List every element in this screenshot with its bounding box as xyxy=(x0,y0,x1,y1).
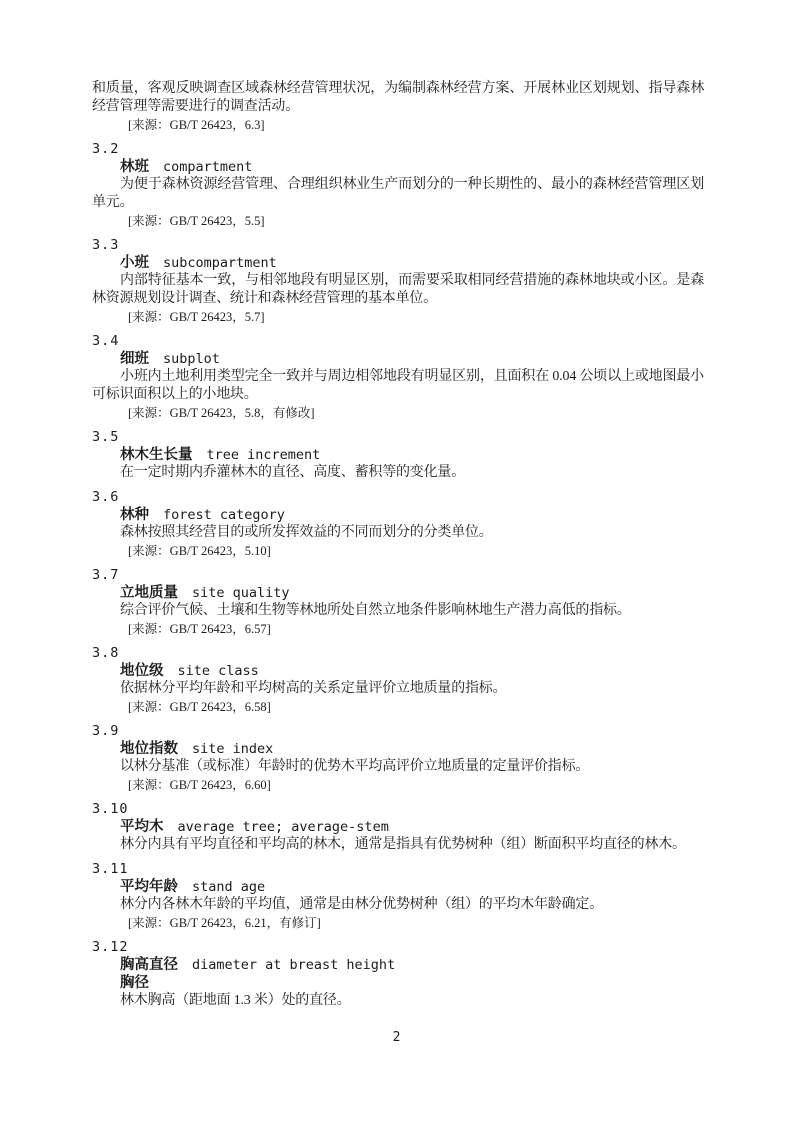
term-definition: 综合评价气候、土壤和生物等林地所处自然立地条件影响林地生产潜力高低的指标。 xyxy=(92,602,704,620)
page-body: 和质量，客观反映调查区域森林经营管理状况，为编制森林经营方案、开展林业区划规划、… xyxy=(92,80,704,1010)
term-definition: 为便于森林资源经营管理、合理组织林业生产而划分的一种长期性的、最小的森林经营管理… xyxy=(92,176,704,212)
term-definition: 内部特征基本一致，与相邻地段有明显区别，而需要采取相同经营措施的森林地块或小区。… xyxy=(92,272,704,308)
term-name-chinese: 胸高直径 xyxy=(120,957,178,973)
source-citation-text: [来源：GB/T 26423，5.10] xyxy=(128,544,271,558)
term-name-english: subplot xyxy=(163,351,220,367)
section-number: 3.12 xyxy=(92,938,704,956)
section-number: 3.10 xyxy=(92,800,704,818)
source-citation: [来源：GB/T 26423，6.3] xyxy=(92,116,704,134)
term-name-chinese: 平均年龄 xyxy=(120,879,178,895)
continued-paragraph-block: 和质量，客观反映调查区域森林经营管理状况，为编制森林经营方案、开展林业区划规划、… xyxy=(92,80,704,134)
source-citation-text: [来源：GB/T 26423，6.21，有修订] xyxy=(128,916,321,930)
section-number: 3.5 xyxy=(92,428,704,446)
term-name-english: compartment xyxy=(163,159,252,175)
term-section: 3.5 林木生长量tree increment 在一定时期内乔灌林木的直径、高度… xyxy=(92,428,704,482)
term-name-chinese: 立地质量 xyxy=(120,585,178,601)
term-section: 3.12 胸高直径diameter at breast height 胸径 林木… xyxy=(92,938,704,1010)
term-line: 林木生长量tree increment xyxy=(92,446,704,464)
term-name-english: tree increment xyxy=(207,447,321,463)
term-synonym-chinese: 胸径 xyxy=(120,975,149,991)
term-name-chinese: 林班 xyxy=(120,159,149,175)
section-number: 3.7 xyxy=(92,566,704,584)
term-definition: 林木胸高（距地面 1.3 米）处的直径。 xyxy=(92,992,704,1010)
term-definition: 林分内各林木年龄的平均值，通常是由林分优势树种（组）的平均木年龄确定。 xyxy=(92,896,704,914)
source-citation-text: [来源：GB/T 26423，5.5] xyxy=(128,214,265,228)
page-number: 2 xyxy=(0,1030,793,1045)
term-definition: 以林分基准（或标准）年龄时的优势木平均高评价立地质量的定量评价指标。 xyxy=(92,758,704,776)
term-definition: 小班内土地利用类型完全一致并与周边相邻地段有明显区别，且面积在 0.04 公顷以… xyxy=(92,368,704,404)
term-section: 3.9 地位指数site index 以林分基准（或标准）年龄时的优势木平均高评… xyxy=(92,722,704,794)
term-line: 小班subcompartment xyxy=(92,254,704,272)
term-line: 林种forest category xyxy=(92,506,704,524)
term-name-english: stand age xyxy=(192,879,265,895)
term-section: 3.4 细班subplot 小班内土地利用类型完全一致并与周边相邻地段有明显区别… xyxy=(92,332,704,422)
term-name-english: site class xyxy=(178,663,259,679)
term-name-english: site index xyxy=(192,741,273,757)
term-name-english: site quality xyxy=(192,585,290,601)
source-citation: [来源：GB/T 26423，5.8，有修改] xyxy=(92,404,704,422)
term-section: 3.6 林种forest category 森林按照其经营目的或所发挥效益的不同… xyxy=(92,488,704,560)
source-citation-text: [来源：GB/T 26423，6.57] xyxy=(128,622,271,636)
term-section: 3.3 小班subcompartment 内部特征基本一致，与相邻地段有明显区别… xyxy=(92,236,704,326)
source-citation: [来源：GB/T 26423，6.57] xyxy=(92,620,704,638)
source-citation: [来源：GB/T 26423，6.21，有修订] xyxy=(92,914,704,932)
source-citation-text: [来源：GB/T 26423，5.7] xyxy=(128,310,265,324)
term-line: 细班subplot xyxy=(92,350,704,368)
term-section: 3.10 平均木average tree; average-stem 林分内具有… xyxy=(92,800,704,854)
term-line: 平均年龄stand age xyxy=(92,878,704,896)
term-line: 地位级site class xyxy=(92,662,704,680)
source-citation: [来源：GB/T 26423，6.58] xyxy=(92,698,704,716)
term-name-english: subcompartment xyxy=(163,255,277,271)
term-name-chinese: 平均木 xyxy=(120,819,164,835)
term-line: 胸高直径diameter at breast height xyxy=(92,956,704,974)
term-definition: 森林按照其经营目的或所发挥效益的不同而划分的分类单位。 xyxy=(92,524,704,542)
term-name-chinese: 小班 xyxy=(120,255,149,271)
term-line: 林班compartment xyxy=(92,158,704,176)
term-name-chinese: 林种 xyxy=(120,507,149,523)
document-page: 和质量，客观反映调查区域森林经营管理状况，为编制森林经营方案、开展林业区划规划、… xyxy=(0,0,793,1121)
section-number: 3.4 xyxy=(92,332,704,350)
continued-paragraph: 和质量，客观反映调查区域森林经营管理状况，为编制森林经营方案、开展林业区划规划、… xyxy=(92,80,704,116)
source-citation: [来源：GB/T 26423，6.60] xyxy=(92,776,704,794)
section-number: 3.2 xyxy=(92,140,704,158)
term-section: 3.7 立地质量site quality 综合评价气候、土壤和生物等林地所处自然… xyxy=(92,566,704,638)
terms-list: 3.2 林班compartment 为便于森林资源经营管理、合理组织林业生产而划… xyxy=(92,140,704,1010)
term-name-english: diameter at breast height xyxy=(192,957,395,973)
source-citation-text: [来源：GB/T 26423，6.58] xyxy=(128,700,271,714)
section-number: 3.3 xyxy=(92,236,704,254)
term-name-chinese: 林木生长量 xyxy=(120,447,193,463)
term-definition: 林分内具有平均直径和平均高的林木，通常是指具有优势树种（组）断面积平均直径的林木… xyxy=(92,836,704,854)
term-definition: 依据林分平均年龄和平均树高的关系定量评价立地质量的指标。 xyxy=(92,680,704,698)
source-citation-text: [来源：GB/T 26423，5.8，有修改] xyxy=(128,406,315,420)
term-name-chinese: 地位指数 xyxy=(120,741,178,757)
section-number: 3.6 xyxy=(92,488,704,506)
term-section: 3.2 林班compartment 为便于森林资源经营管理、合理组织林业生产而划… xyxy=(92,140,704,230)
term-alt-line: 胸径 xyxy=(92,974,704,992)
term-name-english: average tree; average-stem xyxy=(178,819,389,835)
source-citation: [来源：GB/T 26423，5.7] xyxy=(92,308,704,326)
section-number: 3.8 xyxy=(92,644,704,662)
section-number: 3.11 xyxy=(92,860,704,878)
term-name-chinese: 细班 xyxy=(120,351,149,367)
term-line: 平均木average tree; average-stem xyxy=(92,818,704,836)
source-citation: [来源：GB/T 26423，5.10] xyxy=(92,542,704,560)
source-citation-text: [来源：GB/T 26423，6.3] xyxy=(128,118,265,132)
source-citation: [来源：GB/T 26423，5.5] xyxy=(92,212,704,230)
term-name-english: forest category xyxy=(163,507,285,523)
term-section: 3.11 平均年龄stand age 林分内各林木年龄的平均值，通常是由林分优势… xyxy=(92,860,704,932)
term-line: 立地质量site quality xyxy=(92,584,704,602)
term-section: 3.8 地位级site class 依据林分平均年龄和平均树高的关系定量评价立地… xyxy=(92,644,704,716)
term-line: 地位指数site index xyxy=(92,740,704,758)
section-number: 3.9 xyxy=(92,722,704,740)
source-citation-text: [来源：GB/T 26423，6.60] xyxy=(128,778,271,792)
term-definition: 在一定时期内乔灌林木的直径、高度、蓄积等的变化量。 xyxy=(92,464,704,482)
term-name-chinese: 地位级 xyxy=(120,663,164,679)
